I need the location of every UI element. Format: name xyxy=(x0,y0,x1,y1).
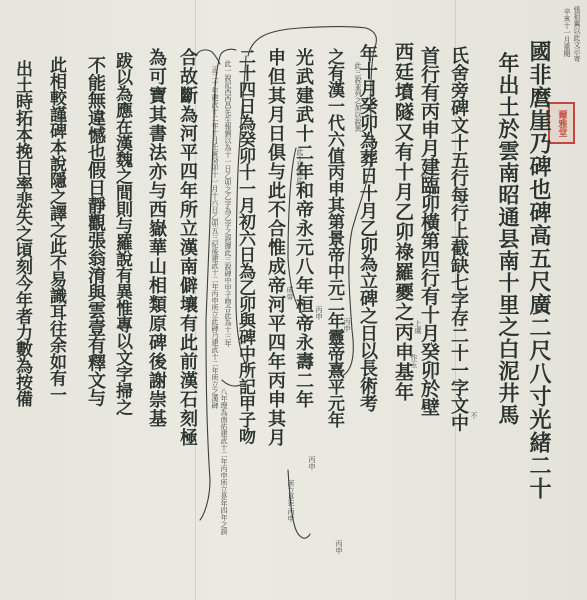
text-column-9: 申但其月日俱与此不合惟成帝河平四年丙申其月 xyxy=(264,48,286,447)
annotation-note: 丙申 xyxy=(315,306,323,320)
text-column-11: 合故斷為河平四年所立漢南僻壤有此前漢石刻極 xyxy=(176,48,198,447)
text-column-3: 氏舍旁碑文十五行每行上截缺七字存二十一字文中 xyxy=(447,46,469,431)
header-note-line-1: 張祖翼以此文示寄 xyxy=(573,6,581,62)
text-column-8: 光武建武十二年和帝永元八年桓帝永壽二年 xyxy=(292,48,314,409)
annotation-note: 作玉 xyxy=(410,354,418,368)
text-column-5: 西廷墳隧又有十月乙卯祿羅夒之丙申基年 xyxy=(392,42,414,402)
annotation-note: 叔 xyxy=(420,172,428,179)
annotation-note: 丙申 xyxy=(343,318,351,332)
annotation-note: 成帝 xyxy=(286,286,294,300)
annotation-long-note: 正二十年建武十二年十月壬寅癸卯十一月十六日乙卯五三紀後建武十二年丙申所立此碑乃建… xyxy=(211,66,219,409)
annotation-note: 此三說並列之加以說異 xyxy=(354,62,362,132)
text-column-14: 不能無違憾也假日靜觀張翁淯與雲壹有釋文与 xyxy=(84,56,106,406)
text-column-16: 出土時拓本挽日率悲失之頃刻今年者力數為按備 xyxy=(12,60,32,407)
annotation-note: 丙申 xyxy=(335,540,343,554)
annotation-long-note: 此一說記西西昌先生報劉以為十一日乙卯之乙字為乙字之誤據此三說碑中甲子吻合此為十三… xyxy=(224,60,232,347)
text-column-10: 二十四日為癸卯十一月初六日為乙卯與碑中所記甲子吻 xyxy=(235,48,255,444)
text-column-2: 年出土於雲南昭通县南十里之白泥井馬 xyxy=(496,52,520,426)
annotation-note: 上虞 xyxy=(414,320,422,334)
annotation-note: 此王祥謂此 xyxy=(296,148,304,183)
text-column-15: 此相較謹碑本說隱之譯之此不易識耳往余如有一 xyxy=(46,56,66,403)
annotation-note: 所立是年丙申 xyxy=(287,480,295,522)
annotation-long-note: 八年理為南佑建武十二年丙申所立是年四年之誤 xyxy=(220,388,228,535)
text-column-12: 為可寶其書法亦与西嶽華山相類原碑後謝崇基 xyxy=(145,48,167,428)
text-column-13: 跋以為應在漢魏之間則与羅說有異惟專以文字掃之 xyxy=(112,52,132,415)
annotation-note: 不 xyxy=(470,412,478,419)
text-column-1: 國非麿崖乃碑也碑高五尺廣二尺八寸光緒二十 xyxy=(527,40,551,500)
annotation-note: 丙申 xyxy=(308,456,316,470)
red-seal-stamp: 爾雅堂 xyxy=(548,102,575,144)
text-column-4: 首行有丙申月建臨卯橫第四行有十月癸卯於壁 xyxy=(418,46,440,416)
text-column-7: 之有漢一代六值丙申其第景帝中元二年靈帝熹平元年 xyxy=(324,48,344,428)
header-note-line-2: 辛亥十一月重閱 xyxy=(563,8,571,57)
